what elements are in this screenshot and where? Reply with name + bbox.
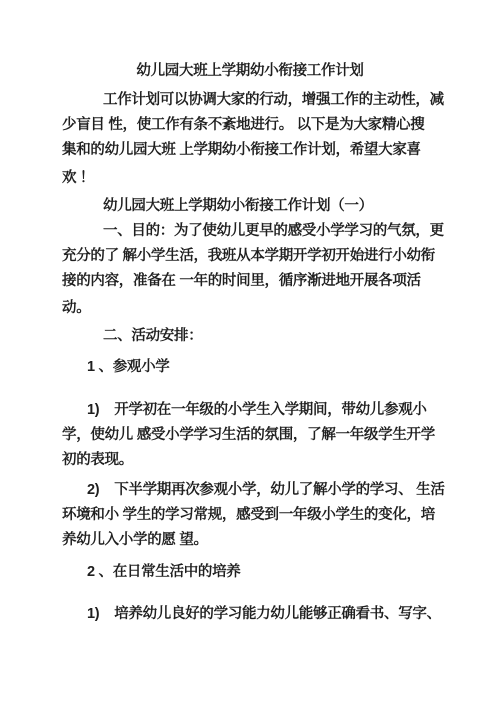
document-subtitle: 幼儿园大班上学期幼小衔接工作计划（一） xyxy=(103,197,373,215)
item-heading-visit-school: 1 、参观小学 xyxy=(87,358,170,376)
text-line-visit2-1: 2) 下半学期再次参观小学，幼儿了解小学的学习、 生活 xyxy=(87,481,445,499)
item-heading-daily-life: 2 、在日常生活中的培养 xyxy=(87,563,241,581)
text-line-purpose-3: 接的内容，准备在 一年的时间里，循序渐进地开展各项活 xyxy=(62,272,421,290)
text-line-visit2-2: 环境和小 学生的学习常规，感受到一年级小学生的变化，培 xyxy=(62,506,435,524)
document-page: 幼儿园大班上学期幼小衔接工作计划 工作计划可以协调大家的行动，增强工作的主动性，… xyxy=(0,0,500,708)
text-line-visit2-3: 养幼儿入小学的愿 望。 xyxy=(62,531,208,549)
text-line-visit-3: 初的表现。 xyxy=(62,451,133,469)
text-line-intro-2: 少盲目 性，使工作有条不紊地进行。 以下是为大家精心搜 xyxy=(62,116,424,134)
text-line-intro-4: 欢 ！ xyxy=(62,169,94,187)
text-line-visit-1: 1) 开学初在一年级的小学生入学期间，带幼儿参观小 xyxy=(87,401,427,419)
text-line-intro-3: 集和的幼儿园大班 上学期幼小衔接工作计划，希望大家喜 xyxy=(62,141,421,159)
text-line-intro-1: 工作计划可以协调大家的行动，增强工作的主动性，减 xyxy=(103,91,444,109)
text-line-visit-2: 学，使幼儿 感受小学学习生活的氛围，了解一年级学生开学 xyxy=(62,426,435,444)
text-line-purpose-2: 充分的了 解小学生活，我班从本学期开学初开始进行小幼衔 xyxy=(62,247,435,265)
text-line-daily-1: 1) 培养幼儿良好的学习能力幼儿能够正确看书、写字、 xyxy=(87,605,441,623)
section-heading-activities: 二、活动安排： xyxy=(103,327,202,345)
text-line-purpose-4: 动。 xyxy=(62,299,90,317)
document-title: 幼儿园大班上学期幼小衔接工作计划 xyxy=(0,62,500,80)
text-line-purpose-1: 一、目的：为了使幼儿更早的感受小学学习的气氛，更 xyxy=(103,222,444,240)
